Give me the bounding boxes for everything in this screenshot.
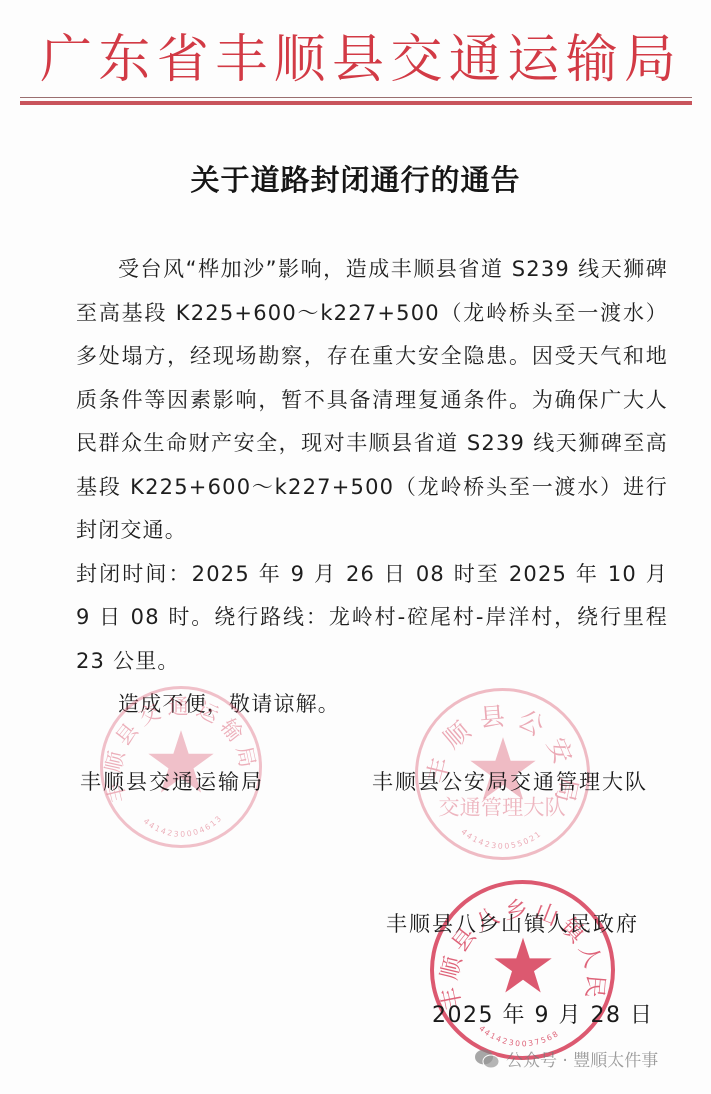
issue-date: 2025 年 9 月 28 日 <box>432 998 653 1029</box>
signatory-transport-bureau: 丰顺县交通运输局 <box>80 766 264 796</box>
letterhead-organization: 广东省丰顺县交通运输局 <box>40 30 680 90</box>
notice-paragraph: 受台风“桦加沙”影响，造成丰顺县省道 S239 线天狮碑至高基段 K225+60… <box>76 248 668 553</box>
svg-text:4414230055021: 4414230055021 <box>459 827 543 851</box>
wechat-icon <box>474 1049 500 1069</box>
notice-body: 受台风“桦加沙”影响，造成丰顺县省道 S239 线天狮碑至高基段 K225+60… <box>76 248 668 727</box>
svg-text:4414230004613: 4414230004613 <box>142 813 225 839</box>
notice-title: 关于道路封闭通行的通告 <box>0 158 711 199</box>
letterhead-divider-thin <box>20 97 692 98</box>
letterhead-divider-thick <box>20 101 692 105</box>
svg-text:交通管理大队: 交通管理大队 <box>438 796 565 821</box>
watermark: 公众号 · 豐順太件事 <box>474 1046 658 1071</box>
official-seal-town-government: 丰顺县八乡山镇人民政府 4414230037568 <box>430 880 615 1060</box>
signatory-traffic-police: 丰顺县公安局交通管理大队 <box>372 766 648 796</box>
signatory-town-government: 丰顺县八乡山镇人民政府 <box>386 908 639 938</box>
document-page: 广东省丰顺县交通运输局 关于道路封闭通行的通告 受台风“桦加沙”影响，造成丰顺县… <box>0 0 711 1094</box>
watermark-text: 公众号 · 豐順太件事 <box>506 1046 658 1071</box>
svg-text:丰顺县八乡山镇人民政府: 丰顺县八乡山镇人民政府 <box>434 884 608 1012</box>
closure-time-paragraph: 封闭时间：2025 年 9 月 26 日 08 时至 2025 年 10 月 9… <box>76 553 668 684</box>
